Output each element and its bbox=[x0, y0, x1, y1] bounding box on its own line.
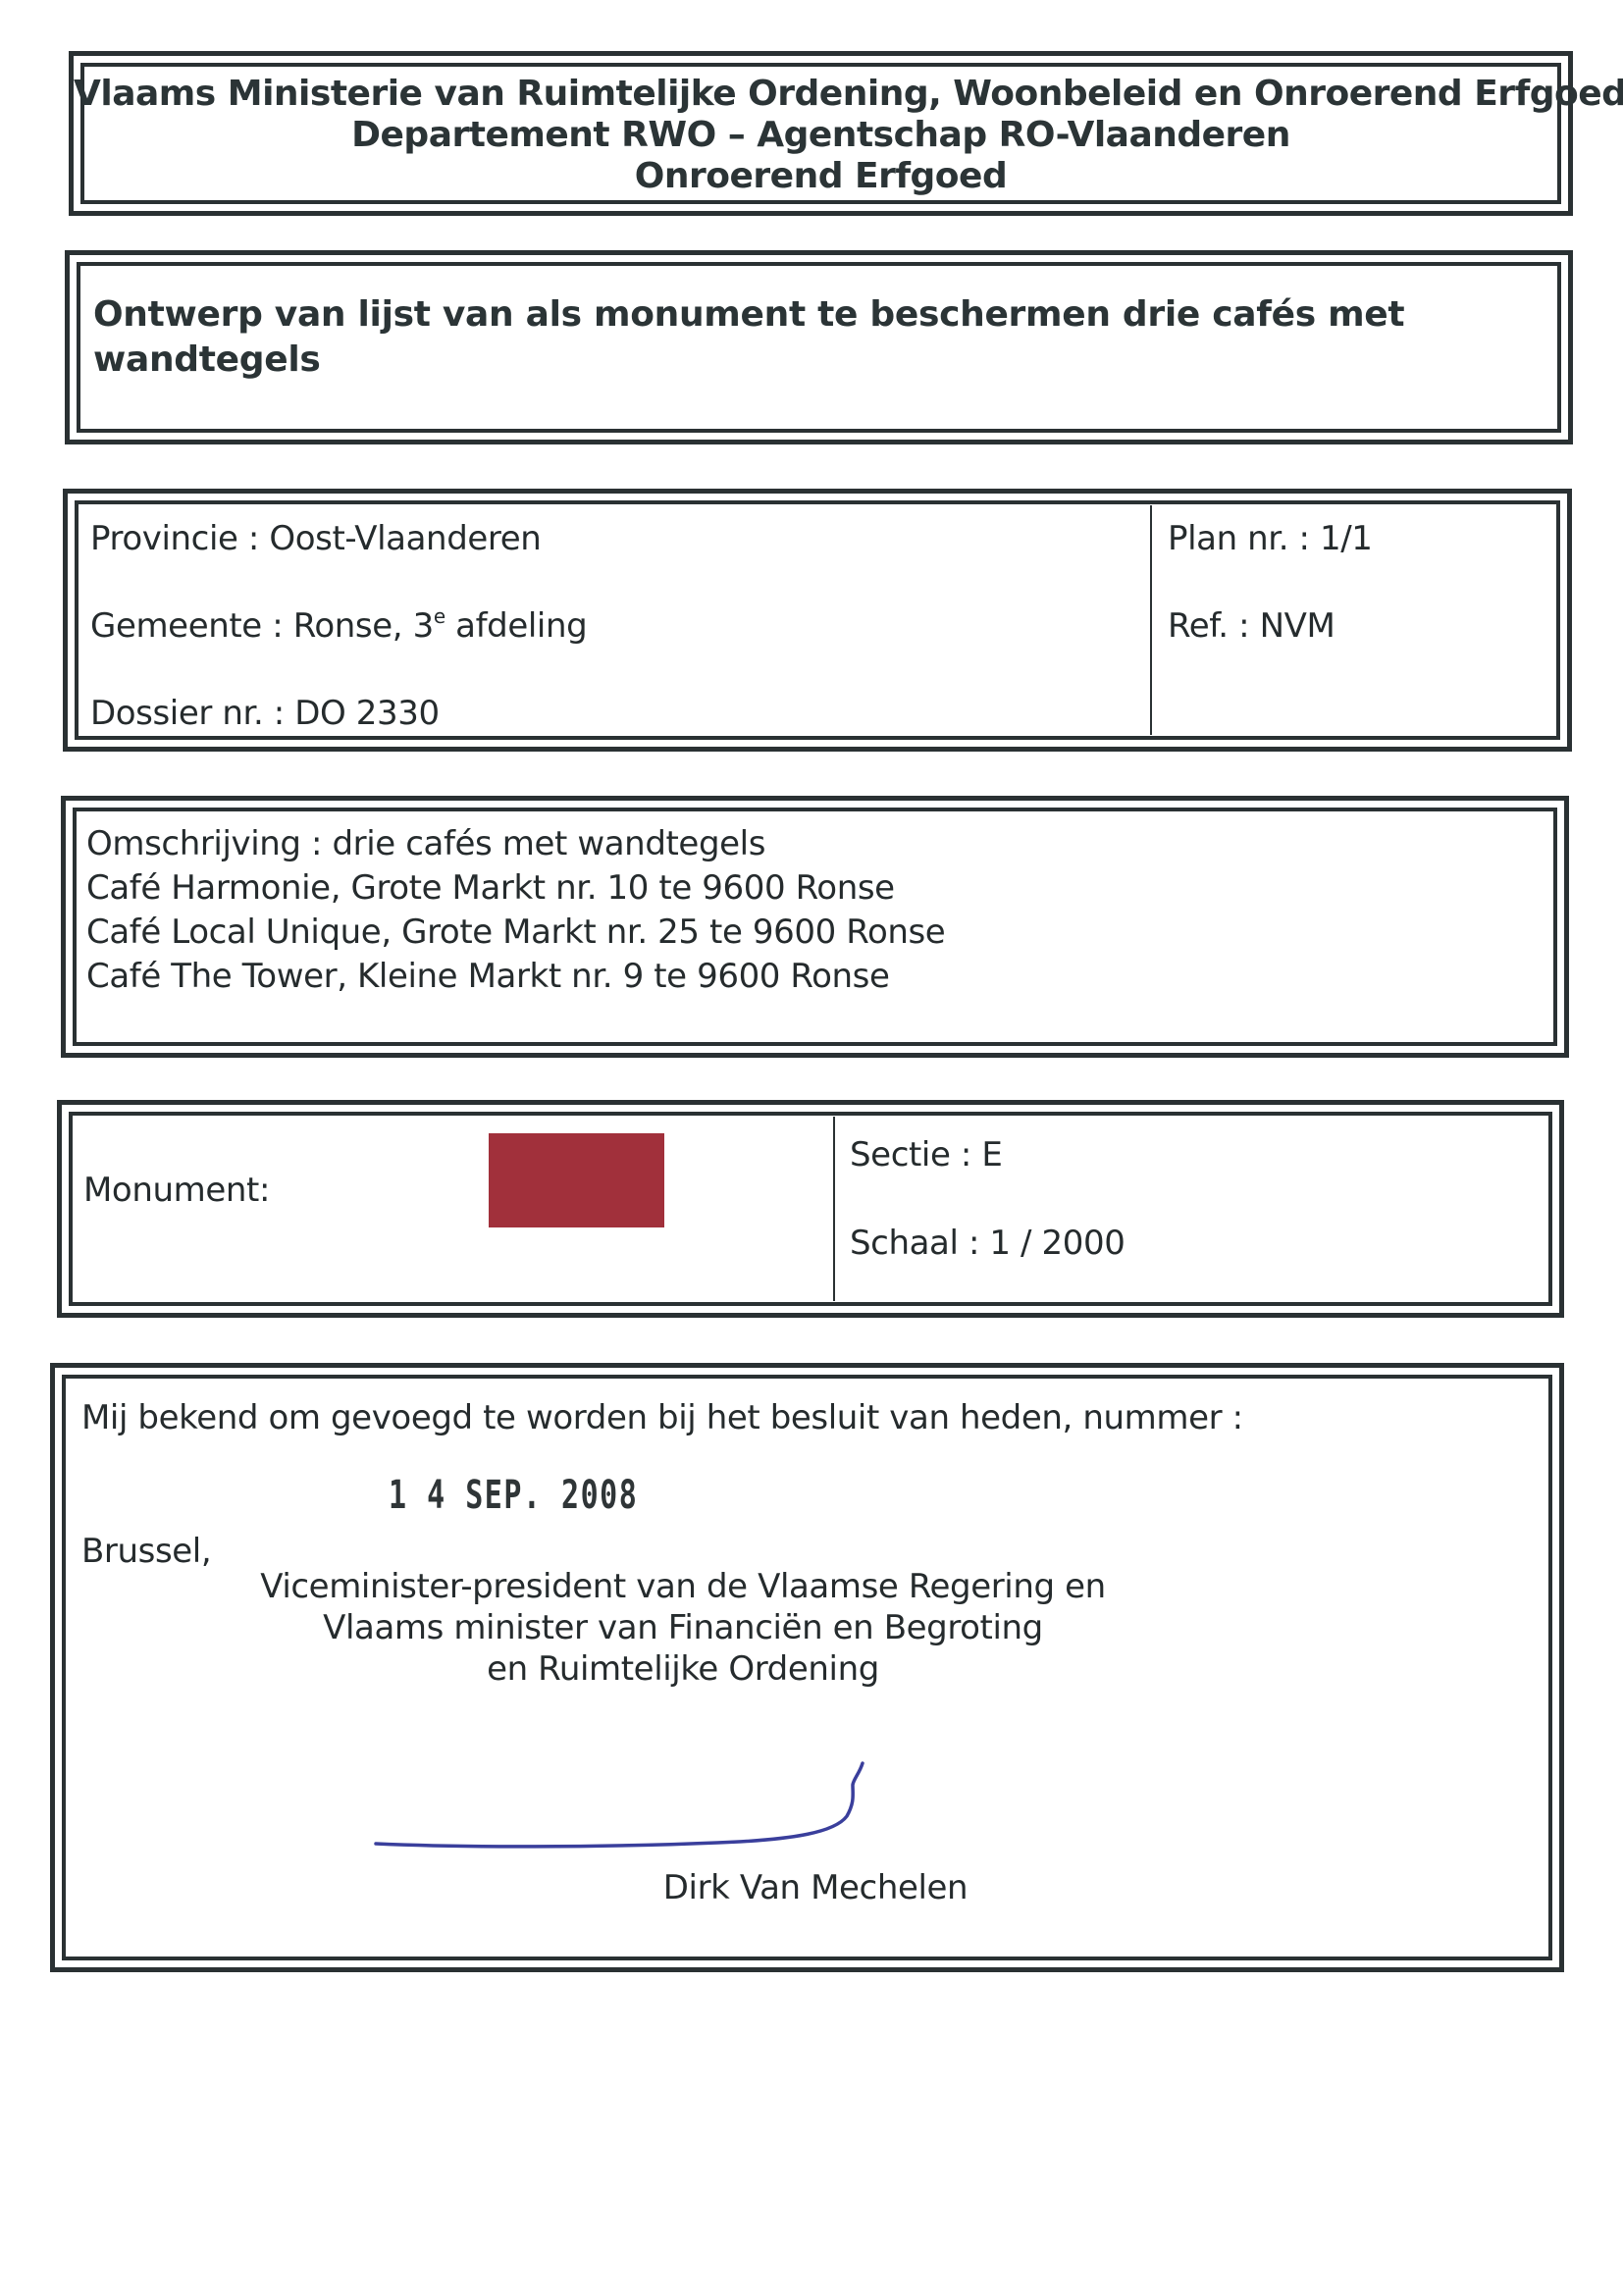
plan-number: Plan nr. : 1/1 bbox=[1168, 519, 1373, 558]
provincie: Provincie : Oost-Vlaanderen bbox=[90, 519, 541, 558]
minister-name: Dirk Van Mechelen bbox=[55, 1868, 1576, 1907]
column-divider bbox=[833, 1117, 835, 1301]
reference: Ref. : NVM bbox=[1168, 606, 1335, 646]
monument-label: Monument: bbox=[83, 1171, 270, 1210]
gemeente-superscript: e bbox=[434, 604, 445, 628]
ministry-header-box: Vlaams Ministerie van Ruimtelijke Ordeni… bbox=[69, 51, 1573, 216]
scale: Schaal : 1 / 2000 bbox=[850, 1224, 1125, 1263]
ministry-name: Vlaams Ministerie van Ruimtelijke Ordeni… bbox=[74, 74, 1568, 114]
description-heading: Omschrijving : drie cafés met wandtegels bbox=[86, 824, 765, 863]
signature-box: Mij bekend om gevoegd te worden bij het … bbox=[50, 1363, 1564, 1972]
section: Sectie : E bbox=[850, 1135, 1002, 1174]
gemeente: Gemeente : Ronse, 3e afdeling bbox=[90, 606, 587, 646]
location-details-box: Provincie : Oost-Vlaanderen Gemeente : R… bbox=[63, 489, 1572, 752]
gemeente-suffix: afdeling bbox=[445, 606, 588, 646]
description-box: Omschrijving : drie cafés met wandtegels… bbox=[61, 796, 1569, 1058]
cafe-item: Café The Tower, Kleine Markt nr. 9 te 96… bbox=[86, 957, 890, 996]
cafe-item: Café Local Unique, Grote Markt nr. 25 te… bbox=[86, 913, 945, 952]
document-title-line1: Ontwerp van lijst van als monument te be… bbox=[93, 292, 1404, 338]
document-title-line2: wandtegels bbox=[93, 338, 321, 383]
column-divider bbox=[1150, 505, 1152, 735]
dossier-number: Dossier nr. : DO 2330 bbox=[90, 694, 440, 733]
legend-box: Monument: Sectie : E Schaal : 1 / 2000 bbox=[57, 1100, 1564, 1318]
monument-color-swatch bbox=[489, 1133, 664, 1227]
document-title-box: Ontwerp van lijst van als monument te be… bbox=[65, 250, 1573, 444]
legend-inner-border bbox=[69, 1112, 1552, 1306]
gemeente-text: Gemeente : Ronse, 3 bbox=[90, 606, 434, 646]
agency-name: Onroerend Erfgoed bbox=[74, 156, 1568, 196]
department-name: Departement RWO – Agentschap RO-Vlaander… bbox=[74, 115, 1568, 155]
cafe-item: Café Harmonie, Grote Markt nr. 10 te 960… bbox=[86, 868, 895, 908]
